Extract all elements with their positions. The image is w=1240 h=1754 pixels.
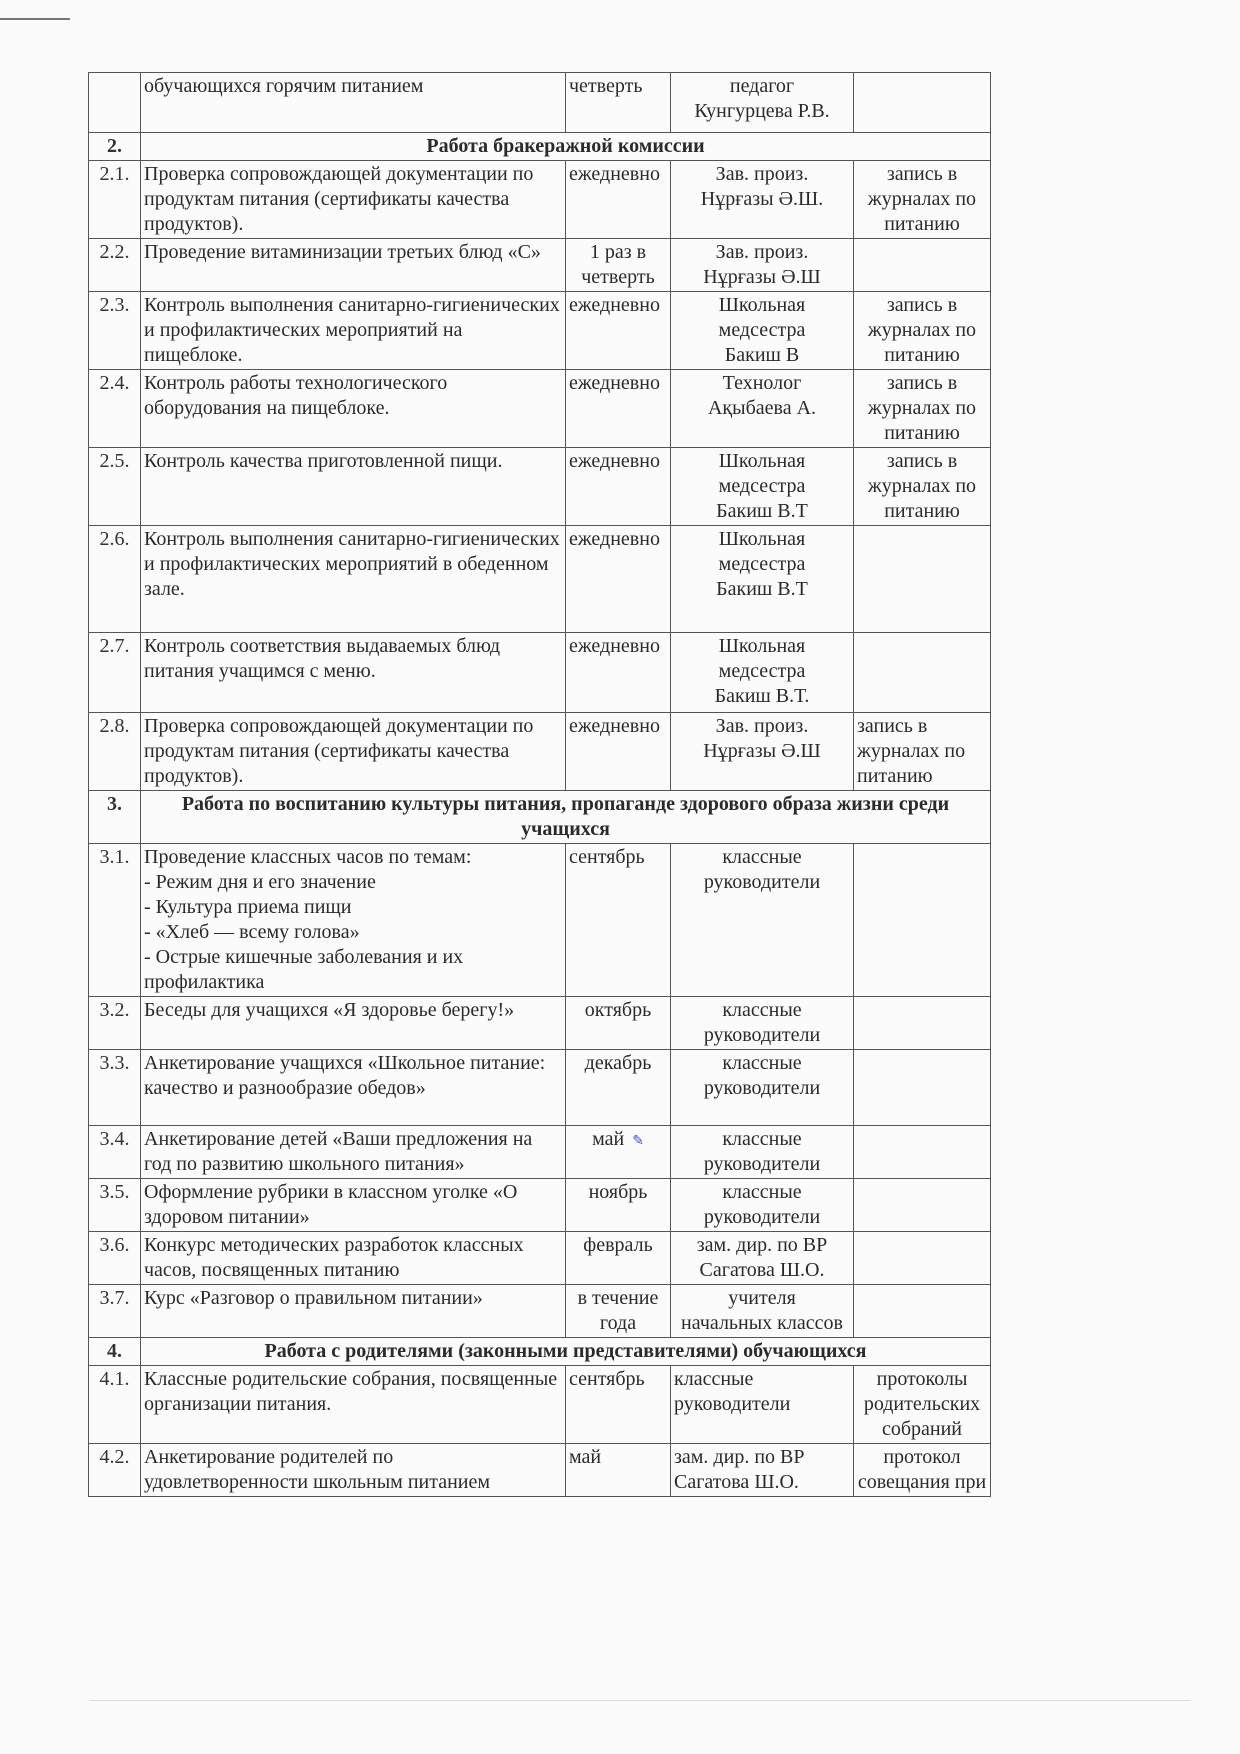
item-number: 3.3. xyxy=(89,1050,141,1126)
item-timing-text: сентябрь xyxy=(569,846,645,868)
item-responsible: классные руководители xyxy=(671,1050,854,1126)
item-responsible: классные руководители xyxy=(671,1179,854,1232)
section-row: 3.Работа по воспитанию культуры питания,… xyxy=(89,791,991,844)
item-number: 3.4. xyxy=(89,1126,141,1179)
item-timing-text: ежедневно xyxy=(569,372,660,394)
item-timing-text: в течение года xyxy=(578,1287,659,1334)
scan-bottom-line xyxy=(90,1700,1190,1701)
item-responsible: классные руководители xyxy=(671,1366,854,1444)
item-timing: ноябрь xyxy=(566,1179,671,1232)
item-timing-text: 1 раз в четверть xyxy=(581,241,654,288)
item-activity: Контроль работы технологического оборудо… xyxy=(141,370,566,448)
table-row: 3.1.Проведение классных часов по темам: … xyxy=(89,844,991,997)
table-row: 3.5.Оформление рубрики в классном уголке… xyxy=(89,1179,991,1232)
item-responsible: Школьная медсестра Бакиш В.Т xyxy=(671,526,854,633)
item-number: 3.7. xyxy=(89,1285,141,1338)
item-timing: ежедневно xyxy=(566,292,671,370)
item-number: 2.3. xyxy=(89,292,141,370)
item-activity: Контроль соответствия выдаваемых блюд пи… xyxy=(141,633,566,713)
item-responsible: учителя начальных классов xyxy=(671,1285,854,1338)
item-number: 2.1. xyxy=(89,161,141,239)
item-activity: Анкетирование родителей по удовлетворенн… xyxy=(141,1444,566,1497)
item-result xyxy=(854,633,991,713)
item-activity: Контроль выполнения санитарно-гигиеничес… xyxy=(141,526,566,633)
item-activity: Классные родительские собрания, посвящен… xyxy=(141,1366,566,1444)
item-number: 2.5. xyxy=(89,448,141,526)
item-result xyxy=(854,844,991,997)
table-row: 2.6.Контроль выполнения санитарно-гигиен… xyxy=(89,526,991,633)
pen-mark-icon: ✎ xyxy=(632,1134,644,1149)
item-activity: Проведение витаминизации третьих блюд «С… xyxy=(141,239,566,292)
item-result xyxy=(854,239,991,292)
item-activity: Проведение классных часов по темам: - Ре… xyxy=(141,844,566,997)
table-row: обучающихся горячим питаниемчетвертьпеда… xyxy=(89,73,991,133)
item-activity: Контроль качества приготовленной пищи. xyxy=(141,448,566,526)
item-result xyxy=(854,1232,991,1285)
item-timing-text: ноябрь xyxy=(589,1181,648,1203)
item-number: 2.6. xyxy=(89,526,141,633)
item-number: 4.2. xyxy=(89,1444,141,1497)
section-number: 2. xyxy=(89,133,141,161)
item-responsible: педагог Кунгурцева Р.В. xyxy=(671,73,854,133)
item-responsible: Зав. произ. Нұрғазы Ә.Ш xyxy=(671,239,854,292)
item-timing: февраль xyxy=(566,1232,671,1285)
item-result: протокол совещания при xyxy=(854,1444,991,1497)
item-responsible: Технолог Ақыбаева А. xyxy=(671,370,854,448)
item-responsible: классные руководители xyxy=(671,997,854,1050)
item-responsible: Школьная медсестра Бакиш В.Т. xyxy=(671,633,854,713)
table-row: 2.2.Проведение витаминизации третьих блю… xyxy=(89,239,991,292)
item-timing-text: ежедневно xyxy=(569,635,660,657)
item-result: протоколы родительских собраний xyxy=(854,1366,991,1444)
section-title: Работа с родителями (законными представи… xyxy=(141,1338,991,1366)
item-number: 3.6. xyxy=(89,1232,141,1285)
item-activity: Проверка сопровождающей документации по … xyxy=(141,161,566,239)
item-timing-text: четверть xyxy=(569,75,642,97)
item-timing-text: ежедневно xyxy=(569,715,660,737)
table-row: 3.2.Беседы для учащихся «Я здоровье бере… xyxy=(89,997,991,1050)
item-result xyxy=(854,1285,991,1338)
section-title: Работа бракеражной комиссии xyxy=(141,133,991,161)
table-row: 4.1.Классные родительские собрания, посв… xyxy=(89,1366,991,1444)
section-row: 4.Работа с родителями (законными предста… xyxy=(89,1338,991,1366)
item-result: запись в журналах по питанию xyxy=(854,292,991,370)
item-activity: Контроль выполнения санитарно-гигиеничес… xyxy=(141,292,566,370)
item-timing-text: май xyxy=(569,1446,601,1468)
item-responsible: зам. дир. по ВР Сагатова Ш.О. xyxy=(671,1232,854,1285)
item-number: 2.7. xyxy=(89,633,141,713)
item-timing-text: сентябрь xyxy=(569,1368,645,1390)
table-row: 2.3.Контроль выполнения санитарно-гигиен… xyxy=(89,292,991,370)
item-responsible: Зав. произ. Нұрғазы Ә.Ш xyxy=(671,713,854,791)
scan-edge-mark xyxy=(0,18,70,20)
item-number: 3.2. xyxy=(89,997,141,1050)
item-number: 3.5. xyxy=(89,1179,141,1232)
item-timing-text: октябрь xyxy=(585,999,651,1021)
item-timing: ежедневно xyxy=(566,526,671,633)
item-responsible: Зав. произ. Нұрғазы Ә.Ш. xyxy=(671,161,854,239)
item-timing: сентябрь xyxy=(566,1366,671,1444)
item-activity: обучающихся горячим питанием xyxy=(141,73,566,133)
item-number: 3.1. xyxy=(89,844,141,997)
section-number: 3. xyxy=(89,791,141,844)
item-result xyxy=(854,526,991,633)
item-responsible: классные руководители xyxy=(671,844,854,997)
item-timing-text: ежедневно xyxy=(569,528,660,550)
item-result xyxy=(854,1050,991,1126)
item-timing: май xyxy=(566,1444,671,1497)
item-timing: в течение года xyxy=(566,1285,671,1338)
section-title: Работа по воспитанию культуры питания, п… xyxy=(141,791,991,844)
item-timing: ежедневно xyxy=(566,633,671,713)
table-row: 2.8.Проверка сопровождающей документации… xyxy=(89,713,991,791)
item-timing-text: май xyxy=(592,1128,624,1150)
table-row: 3.4.Анкетирование детей «Ваши предложени… xyxy=(89,1126,991,1179)
item-timing: 1 раз в четверть xyxy=(566,239,671,292)
item-timing: четверть xyxy=(566,73,671,133)
item-result xyxy=(854,73,991,133)
item-result: запись в журналах по питанию xyxy=(854,370,991,448)
item-timing-text: ежедневно xyxy=(569,294,660,316)
item-activity: Проверка сопровождающей документации по … xyxy=(141,713,566,791)
item-activity: Оформление рубрики в классном уголке «О … xyxy=(141,1179,566,1232)
table-row: 2.5.Контроль качества приготовленной пищ… xyxy=(89,448,991,526)
item-number xyxy=(89,73,141,133)
item-activity: Беседы для учащихся «Я здоровье берегу!» xyxy=(141,997,566,1050)
item-responsible: Школьная медсестра Бакиш В.Т xyxy=(671,448,854,526)
item-number: 2.4. xyxy=(89,370,141,448)
item-number: 2.2. xyxy=(89,239,141,292)
item-result xyxy=(854,1179,991,1232)
table-row: 3.3.Анкетирование учащихся «Школьное пит… xyxy=(89,1050,991,1126)
item-result: запись в журналах по питанию xyxy=(854,161,991,239)
item-timing-text: ежедневно xyxy=(569,450,660,472)
item-timing-text: ежедневно xyxy=(569,163,660,185)
table-row: 2.4.Контроль работы технологического обо… xyxy=(89,370,991,448)
plan-table: обучающихся горячим питаниемчетвертьпеда… xyxy=(88,72,991,1497)
item-responsible: Школьная медсестра Бакиш В xyxy=(671,292,854,370)
table-row: 3.7.Курс «Разговор о правильном питании»… xyxy=(89,1285,991,1338)
item-result xyxy=(854,1126,991,1179)
item-activity: Курс «Разговор о правильном питании» xyxy=(141,1285,566,1338)
table-row: 4.2.Анкетирование родителей по удовлетво… xyxy=(89,1444,991,1497)
item-responsible: классные руководители xyxy=(671,1126,854,1179)
table-row: 3.6.Конкурс методических разработок клас… xyxy=(89,1232,991,1285)
item-activity: Анкетирование учащихся «Школьное питание… xyxy=(141,1050,566,1126)
item-activity: Конкурс методических разработок классных… xyxy=(141,1232,566,1285)
item-timing: декабрь xyxy=(566,1050,671,1126)
item-timing: май✎ xyxy=(566,1126,671,1179)
plan-table-body: обучающихся горячим питаниемчетвертьпеда… xyxy=(89,73,991,1497)
item-timing: ежедневно xyxy=(566,370,671,448)
item-timing-text: декабрь xyxy=(585,1052,652,1074)
item-number: 4.1. xyxy=(89,1366,141,1444)
item-timing: ежедневно xyxy=(566,161,671,239)
section-row: 2.Работа бракеражной комиссии xyxy=(89,133,991,161)
item-result xyxy=(854,997,991,1050)
item-result: запись в журналах по питанию xyxy=(854,448,991,526)
section-number: 4. xyxy=(89,1338,141,1366)
item-timing: октябрь xyxy=(566,997,671,1050)
item-activity: Анкетирование детей «Ваши предложения на… xyxy=(141,1126,566,1179)
item-timing: ежедневно xyxy=(566,713,671,791)
table-row: 2.1.Проверка сопровождающей документации… xyxy=(89,161,991,239)
item-number: 2.8. xyxy=(89,713,141,791)
table-row: 2.7.Контроль соответствия выдаваемых блю… xyxy=(89,633,991,713)
item-timing-text: февраль xyxy=(583,1234,652,1256)
item-timing: ежедневно xyxy=(566,448,671,526)
item-result: запись в журналах по питанию xyxy=(854,713,991,791)
item-timing: сентябрь xyxy=(566,844,671,997)
item-responsible: зам. дир. по ВР Сагатова Ш.О. xyxy=(671,1444,854,1497)
